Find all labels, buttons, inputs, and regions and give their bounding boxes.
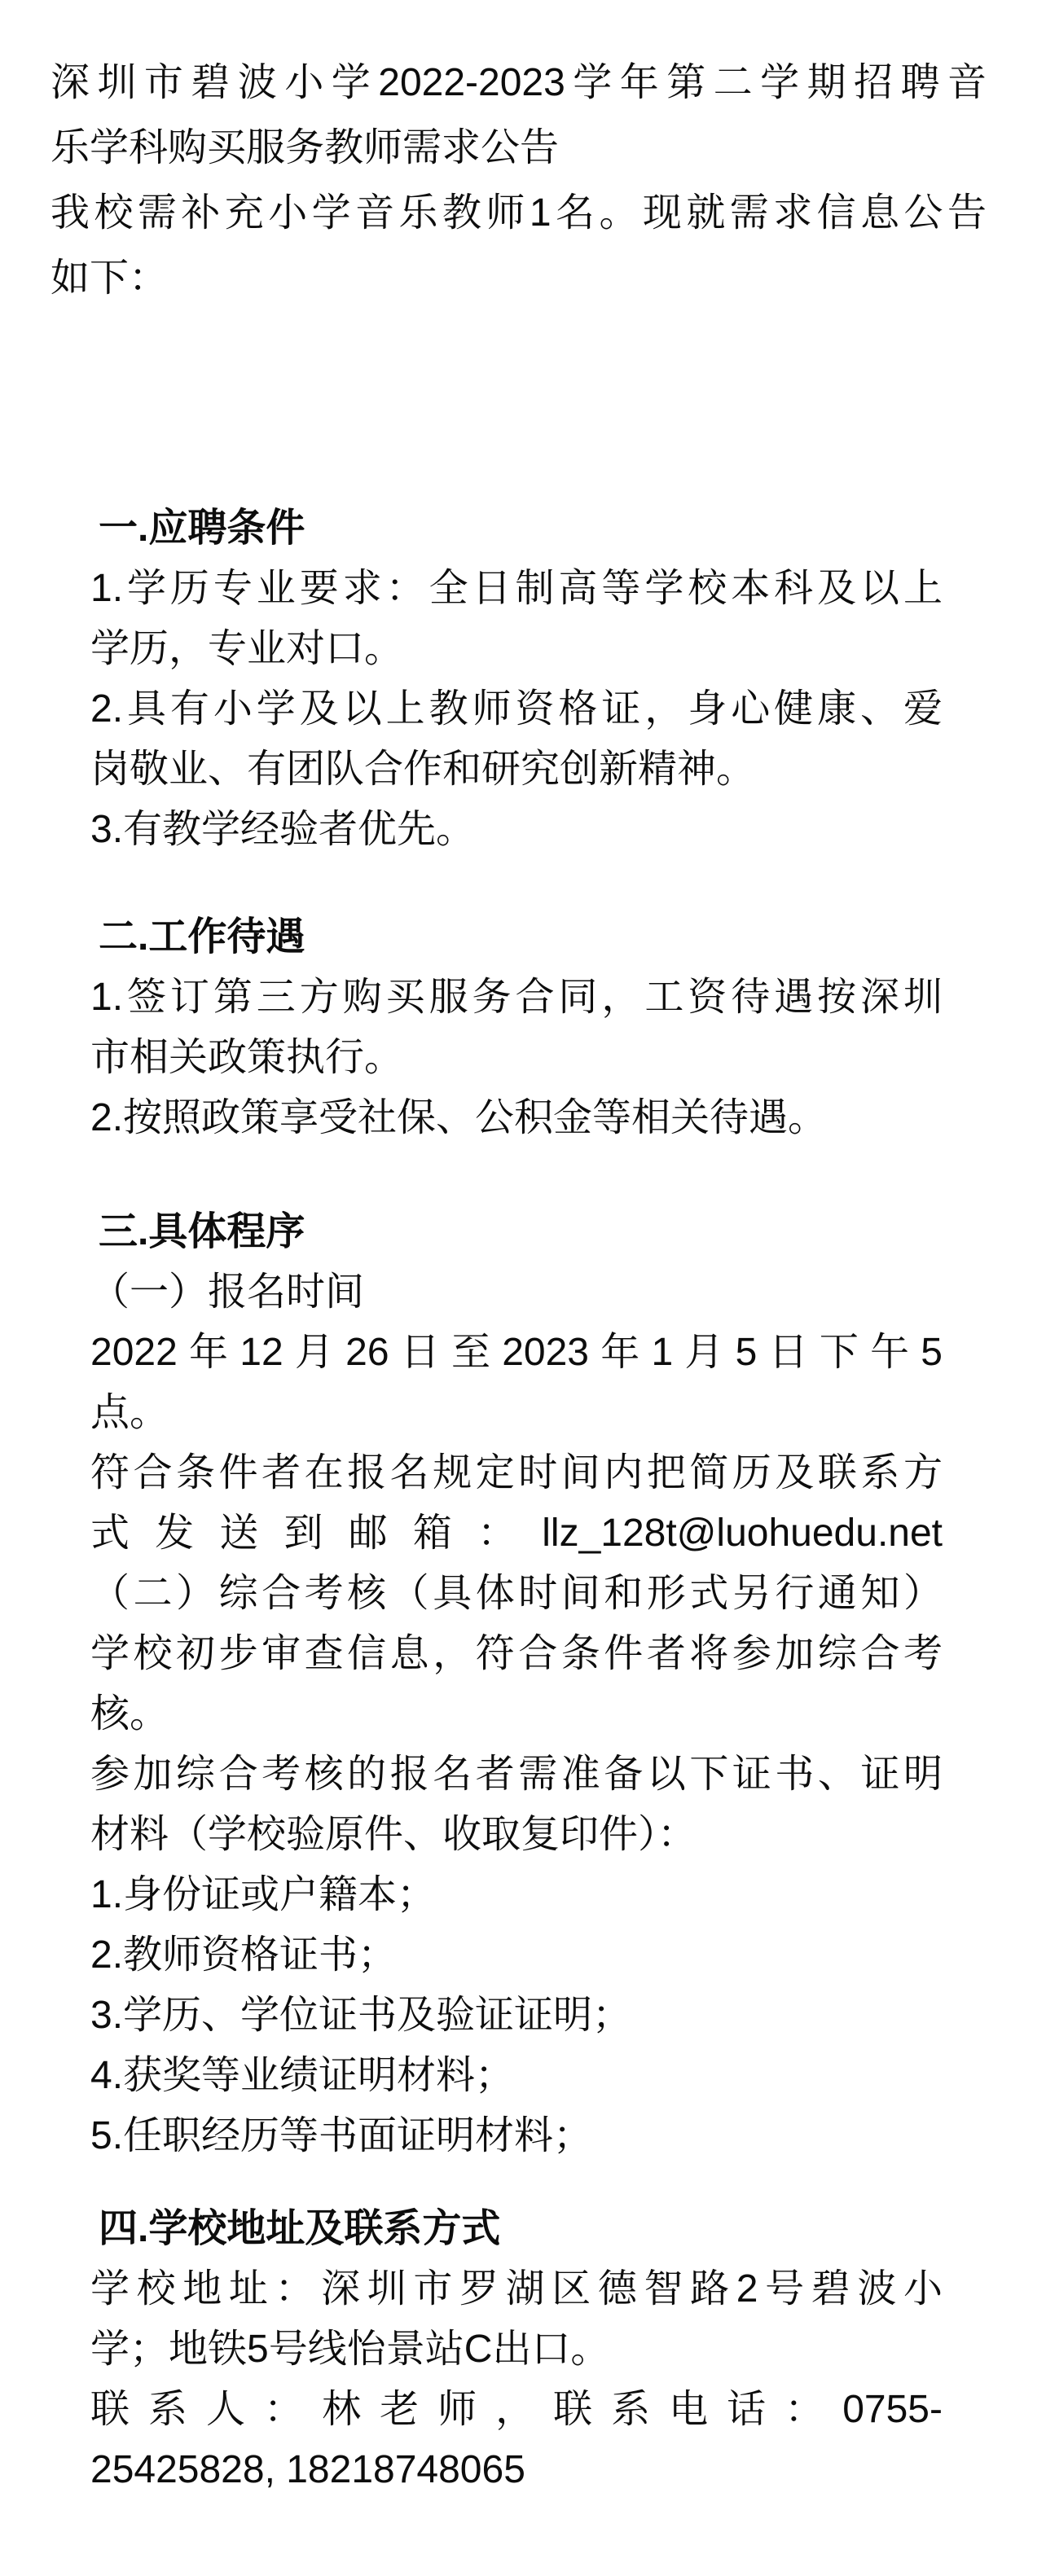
whitespace-gap (51, 311, 987, 498)
whitespace-gap (90, 860, 943, 907)
condition-item-3: 3.有教学经验者优先。 (90, 800, 943, 860)
condition-item-1-line-1: 1.学历专业要求：全日制高等学校本科及以上 (90, 559, 943, 619)
intro-line-2: 如下： (51, 246, 987, 311)
material-item-1: 1.身份证或户籍本； (90, 1865, 943, 1925)
school-address-line-1: 学校地址：深圳市罗湖区德智路2号碧波小 (90, 2259, 943, 2319)
title-line-1: 深圳市碧波小学2022-2023学年第二学期招聘音 (51, 50, 987, 116)
contact-person-phone-line: 联系人：林老师，联系电话：0755- (90, 2380, 943, 2440)
benefit-item-2: 2.按照政策享受社保、公积金等相关待遇。 (90, 1088, 943, 1148)
intro-line-1: 我校需补充小学音乐教师1名。现就需求信息公告 (51, 181, 987, 246)
signup-period-line-1: 2022年12月26日至2023年1月5日下午5 (90, 1323, 943, 1383)
material-item-4: 4.获奖等业绩证明材料； (90, 2046, 943, 2106)
signup-period-line-2: 点。 (90, 1383, 943, 1443)
whitespace-gap (90, 1148, 943, 1202)
materials-intro-line-1: 参加综合考核的报名者需准备以下证书、证明 (90, 1744, 943, 1805)
condition-item-2-line-2: 岗敬业、有团队合作和研究创新精神。 (90, 739, 943, 800)
condition-item-1-line-2: 学历，专业对口。 (90, 619, 943, 679)
section-heading-benefits: 二.工作待遇 (90, 907, 943, 968)
review-note-line-1: 学校初步审查信息，符合条件者将参加综合考 (90, 1624, 943, 1684)
section-heading-conditions: 一.应聘条件 (90, 498, 943, 559)
application-instructions-line-2: 式发送到邮箱：llz_128t@luohuedu.net (90, 1503, 943, 1564)
announcement-body: 一.应聘条件 1.学历专业要求：全日制高等学校本科及以上 学历，专业对口。 2.… (90, 498, 943, 2500)
material-item-2: 2.教师资格证书； (90, 1925, 943, 1986)
school-address-line-2: 学；地铁5号线怡景站C出口。 (90, 2319, 943, 2380)
condition-item-2-line-1: 2.具有小学及以上教师资格证，身心健康、爱 (90, 679, 943, 739)
section-heading-procedure: 三.具体程序 (90, 1202, 943, 1262)
email-label: 式发送到邮箱： (90, 1512, 542, 1555)
procedure-step-2-title: （二）综合考核（具体时间和形式另行通知） (90, 1564, 943, 1624)
material-item-3: 3.学历、学位证书及验证证明； (90, 1986, 943, 2046)
section-heading-contact: 四.学校地址及联系方式 (90, 2199, 943, 2259)
whitespace-gap (90, 2166, 943, 2199)
materials-intro-line-2: 材料（学校验原件、收取复印件）： (90, 1805, 943, 1865)
title-line-2: 乐学科购买服务教师需求公告 (51, 116, 987, 181)
announcement-article: 深圳市碧波小学2022-2023学年第二学期招聘音 乐学科购买服务教师需求公告 … (0, 0, 1046, 2576)
benefit-item-1-line-2: 市相关政策执行。 (90, 1028, 943, 1088)
phone-numbers-line: 25425828, 18218748065 (90, 2440, 943, 2500)
review-note-line-2: 核。 (90, 1684, 943, 1744)
application-instructions-line-1: 符合条件者在报名规定时间内把简历及联系方 (90, 1443, 943, 1503)
benefit-item-1-line-1: 1.签订第三方购买服务合同，工资待遇按深圳 (90, 968, 943, 1028)
procedure-step-1-title: （一）报名时间 (90, 1262, 943, 1323)
email-address: llz_128t@luohuedu.net (542, 1512, 943, 1555)
material-item-5: 5.任职经历等书面证明材料； (90, 2106, 943, 2166)
